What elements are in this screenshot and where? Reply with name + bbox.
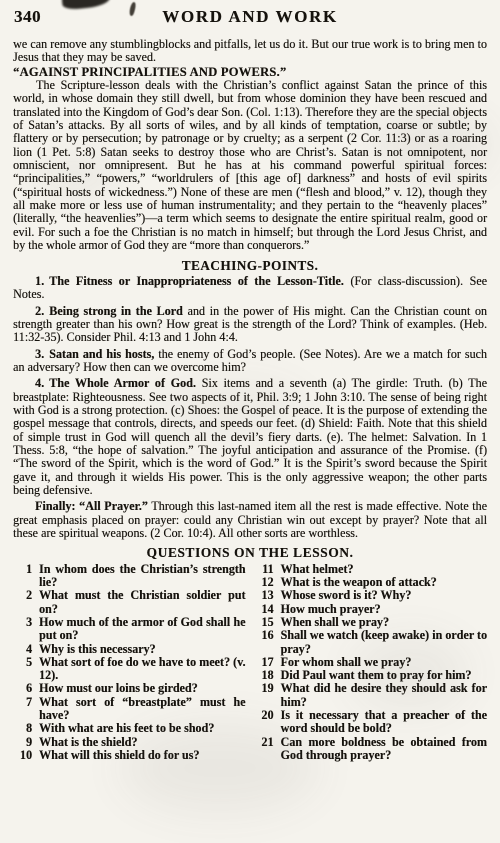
question-item: 13Whose sword is it? Why? [255, 589, 488, 602]
question-text: How much of the armor of God shall he pu… [39, 616, 246, 643]
question-text: When shall we pray? [281, 616, 488, 629]
question-number: 21 [255, 736, 274, 763]
question-number: 5 [13, 656, 32, 683]
question-number: 16 [255, 629, 274, 656]
teaching-points-heading: TEACHING-POINTS. [13, 259, 487, 272]
document-body: we can remove any stumblingblocks and pi… [13, 38, 487, 762]
question-number: 10 [13, 749, 32, 762]
point-title: Finally: “All Prayer.” [35, 499, 148, 513]
question-number: 3 [13, 616, 32, 643]
question-text: What is the weapon of attack? [281, 576, 488, 589]
scanned-journal-page: 340 WORD AND WORK we can remove any stum… [0, 0, 500, 843]
question-number: 17 [255, 656, 274, 669]
question-text: How must our loins be girded? [39, 682, 246, 695]
questions-columns: 1In whom does the Christian’s strength l… [13, 563, 487, 762]
question-item: 19What did he desire they should ask for… [255, 682, 488, 709]
question-item: 9What is the shield? [13, 736, 246, 749]
question-item: 10What will this shield do for us? [13, 749, 246, 762]
point-number: 2. [35, 304, 44, 318]
teaching-point-3: 3.Satan and his hosts, the enemy of God’… [13, 348, 487, 375]
question-text: Is it necessary that a preacher of the w… [281, 709, 488, 736]
question-item: 8With what are his feet to be shod? [13, 722, 246, 735]
question-text: What sort of “breastplate” must he have? [39, 696, 246, 723]
question-text: How much prayer? [281, 603, 488, 616]
question-text: For whom shall we pray? [281, 656, 488, 669]
question-number: 8 [13, 722, 32, 735]
question-item: 6How must our loins be girded? [13, 682, 246, 695]
questions-right-column: 11What helmet? 12What is the weapon of a… [255, 563, 488, 762]
question-item: 20Is it necessary that a preacher of the… [255, 709, 488, 736]
point-number: 1. [35, 274, 44, 288]
question-text: Can more boldness be obtained from God t… [281, 736, 488, 763]
question-text: Shall we watch (keep awake) in order to … [281, 629, 488, 656]
teaching-point-finally: Finally: “All Prayer.” Through this last… [13, 500, 487, 540]
point-number: 3. [35, 347, 44, 361]
question-number: 15 [255, 616, 274, 629]
question-number: 12 [255, 576, 274, 589]
question-number: 18 [255, 669, 274, 682]
principalities-body: The Scripture-lesson deals with the Chri… [13, 79, 487, 252]
question-text: With what are his feet to be shod? [39, 722, 246, 735]
question-number: 7 [13, 696, 32, 723]
question-item: 5What sort of foe do we have to meet? (v… [13, 656, 246, 683]
question-item: 4Why is this necessary? [13, 643, 246, 656]
point-number: 4. [35, 376, 44, 390]
teaching-point-1: 1.The Fitness or Inappropriateness of th… [13, 275, 487, 302]
question-item: 16Shall we watch (keep awake) in order t… [255, 629, 488, 656]
question-text: What must the Christian soldier put on? [39, 589, 246, 616]
question-number: 11 [255, 563, 274, 576]
question-item: 17For whom shall we pray? [255, 656, 488, 669]
question-number: 6 [13, 682, 32, 695]
question-item: 7What sort of “breastplate” must he have… [13, 696, 246, 723]
question-number: 20 [255, 709, 274, 736]
question-number: 1 [13, 563, 32, 590]
question-item: 12What is the weapon of attack? [255, 576, 488, 589]
question-number: 9 [13, 736, 32, 749]
questions-left-column: 1In whom does the Christian’s strength l… [13, 563, 246, 762]
questions-heading: QUESTIONS ON THE LESSON. [13, 546, 487, 559]
question-text: What did he desire they should ask for h… [281, 682, 488, 709]
point-text: Six items and a seventh (a) The girdle: … [13, 376, 487, 497]
question-number: 2 [13, 589, 32, 616]
point-title: Being strong in the Lord [49, 304, 183, 318]
point-title: Satan and his hosts, [49, 347, 154, 361]
question-text: In whom does the Christian’s strength li… [39, 563, 246, 590]
section-heading-principalities: “AGAINST PRINCIPALITIES AND POWERS.” [13, 66, 487, 79]
question-item: 14How much prayer? [255, 603, 488, 616]
question-item: 21Can more boldness be obtained from God… [255, 736, 488, 763]
journal-title: WORD AND WORK [13, 6, 487, 27]
point-title: The Whole Armor of God. [49, 376, 196, 390]
question-text: What will this shield do for us? [39, 749, 246, 762]
teaching-point-4: 4.The Whole Armor of God. Six items and … [13, 377, 487, 497]
page-header: 340 WORD AND WORK [13, 6, 487, 30]
question-text: Did Paul want them to pray for him? [281, 669, 488, 682]
question-item: 18Did Paul want them to pray for him? [255, 669, 488, 682]
question-number: 19 [255, 682, 274, 709]
question-number: 4 [13, 643, 32, 656]
question-text: Whose sword is it? Why? [281, 589, 488, 602]
question-item: 15When shall we pray? [255, 616, 488, 629]
page-number: 340 [14, 7, 41, 27]
question-text: What sort of foe do we have to meet? (v.… [39, 656, 246, 683]
question-item: 1In whom does the Christian’s strength l… [13, 563, 246, 590]
question-text: What helmet? [281, 563, 488, 576]
question-text: What is the shield? [39, 736, 246, 749]
point-title: The Fitness or Inappropriateness of the … [49, 274, 344, 288]
teaching-point-2: 2.Being strong in the Lord and in the po… [13, 305, 487, 345]
question-item: 3How much of the armor of God shall he p… [13, 616, 246, 643]
question-text: Why is this necessary? [39, 643, 246, 656]
question-number: 14 [255, 603, 274, 616]
question-item: 11What helmet? [255, 563, 488, 576]
question-item: 2What must the Christian soldier put on? [13, 589, 246, 616]
intro-paragraph: we can remove any stumblingblocks and pi… [13, 38, 487, 65]
question-number: 13 [255, 589, 274, 602]
